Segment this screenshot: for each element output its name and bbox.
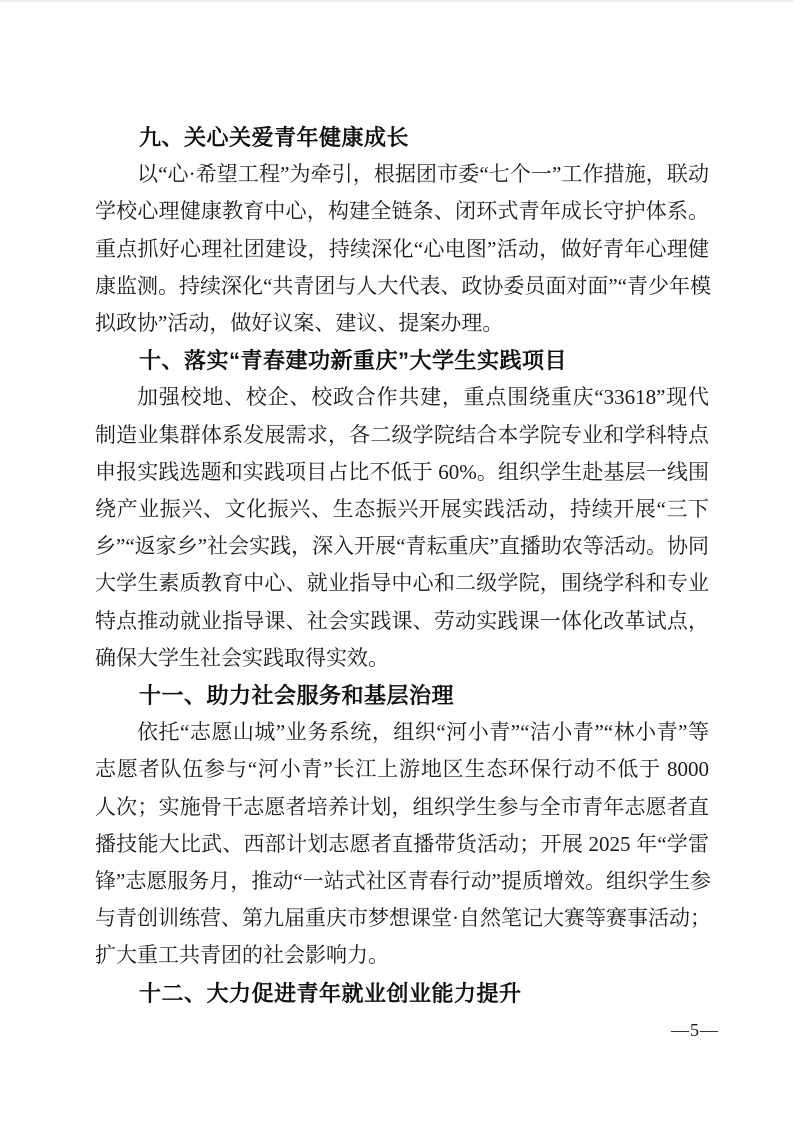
text-line: 特点推动就业指导课、社会实践课、劳动实践课一体化改革试点， — [95, 603, 709, 640]
section-heading: 十、落实“青春建功新重庆”大学生实践项目 — [95, 342, 709, 379]
text-line: 人次；实施骨干志愿者培养计划，组织学生参与全市青年志愿者直 — [95, 789, 709, 826]
text-line: 制造业集群体系发展需求，各二级学院结合本学院专业和学科特点 — [95, 417, 709, 454]
section-twelve: 十二、大力促进青年就业创业能力提升 — [95, 975, 709, 1012]
section-heading: 九、关心关爱青年健康成长 — [95, 119, 709, 156]
section-eleven: 十一、助力社会服务和基层治理 依托“志愿山城”业务系统，组织“河小青”“洁小青”… — [95, 677, 709, 975]
section-heading: 十一、助力社会服务和基层治理 — [95, 677, 709, 714]
text-line: 重点抓好心理社团建设，持续深化“心电图”活动，做好青年心理健 — [95, 231, 709, 268]
text-line: 志愿者队伍参与“河小青”长江上游地区生态环保行动不低于 8000 — [95, 751, 709, 788]
text-line: 拟政协”活动，做好议案、建议、提案办理。 — [95, 305, 709, 342]
section-nine: 九、关心关爱青年健康成长 以“心·希望工程”为牵引，根据团市委“七个一”工作措施… — [95, 119, 709, 342]
text-line: 大学生素质教育中心、就业指导中心和二级学院，围绕学科和专业 — [95, 565, 709, 602]
section-paragraph: 以“心·希望工程”为牵引，根据团市委“七个一”工作措施，联动学校心理健康教育中心… — [95, 156, 709, 342]
document-page: 九、关心关爱青年健康成长 以“心·希望工程”为牵引，根据团市委“七个一”工作措施… — [0, 0, 793, 1122]
section-ten: 十、落实“青春建功新重庆”大学生实践项目 加强校地、校企、校政合作共建，重点围绕… — [95, 342, 709, 677]
section-paragraph: 加强校地、校企、校政合作共建，重点围绕重庆“33618”现代制造业集群体系发展需… — [95, 379, 709, 677]
text-line: 学校心理健康教育中心，构建全链条、闭环式青年成长守护体系。 — [95, 193, 709, 230]
text-line: 以“心·希望工程”为牵引，根据团市委“七个一”工作措施，联动 — [95, 156, 709, 193]
section-paragraph: 依托“志愿山城”业务系统，组织“河小青”“洁小青”“林小青”等志愿者队伍参与“河… — [95, 714, 709, 974]
text-line: 与青创训练营、第九届重庆市梦想课堂·自然笔记大赛等赛事活动； — [95, 900, 709, 937]
page-number: —5— — [671, 1020, 719, 1041]
document-content: 九、关心关爱青年健康成长 以“心·希望工程”为牵引，根据团市委“七个一”工作措施… — [95, 119, 709, 1012]
text-line: 依托“志愿山城”业务系统，组织“河小青”“洁小青”“林小青”等 — [95, 714, 709, 751]
text-line: 申报实践选题和实践项目占比不低于 60%。组织学生赴基层一线围 — [95, 454, 709, 491]
text-line: 乡”“返家乡”社会实践，深入开展“青耘重庆”直播助农等活动。协同 — [95, 528, 709, 565]
text-line: 播技能大比武、西部计划志愿者直播带货活动；开展 2025 年“学雷 — [95, 826, 709, 863]
text-line: 康监测。持续深化“共青团与人大代表、政协委员面对面”“青少年模 — [95, 268, 709, 305]
text-line: 确保大学生社会实践取得实效。 — [95, 640, 709, 677]
text-line: 锋”志愿服务月，推动“一站式社区青春行动”提质增效。组织学生参 — [95, 863, 709, 900]
text-line: 扩大重工共青团的社会影响力。 — [95, 937, 709, 974]
section-heading: 十二、大力促进青年就业创业能力提升 — [95, 975, 709, 1012]
text-line: 加强校地、校企、校政合作共建，重点围绕重庆“33618”现代 — [95, 379, 709, 416]
text-line: 绕产业振兴、文化振兴、生态振兴开展实践活动，持续开展“三下 — [95, 491, 709, 528]
